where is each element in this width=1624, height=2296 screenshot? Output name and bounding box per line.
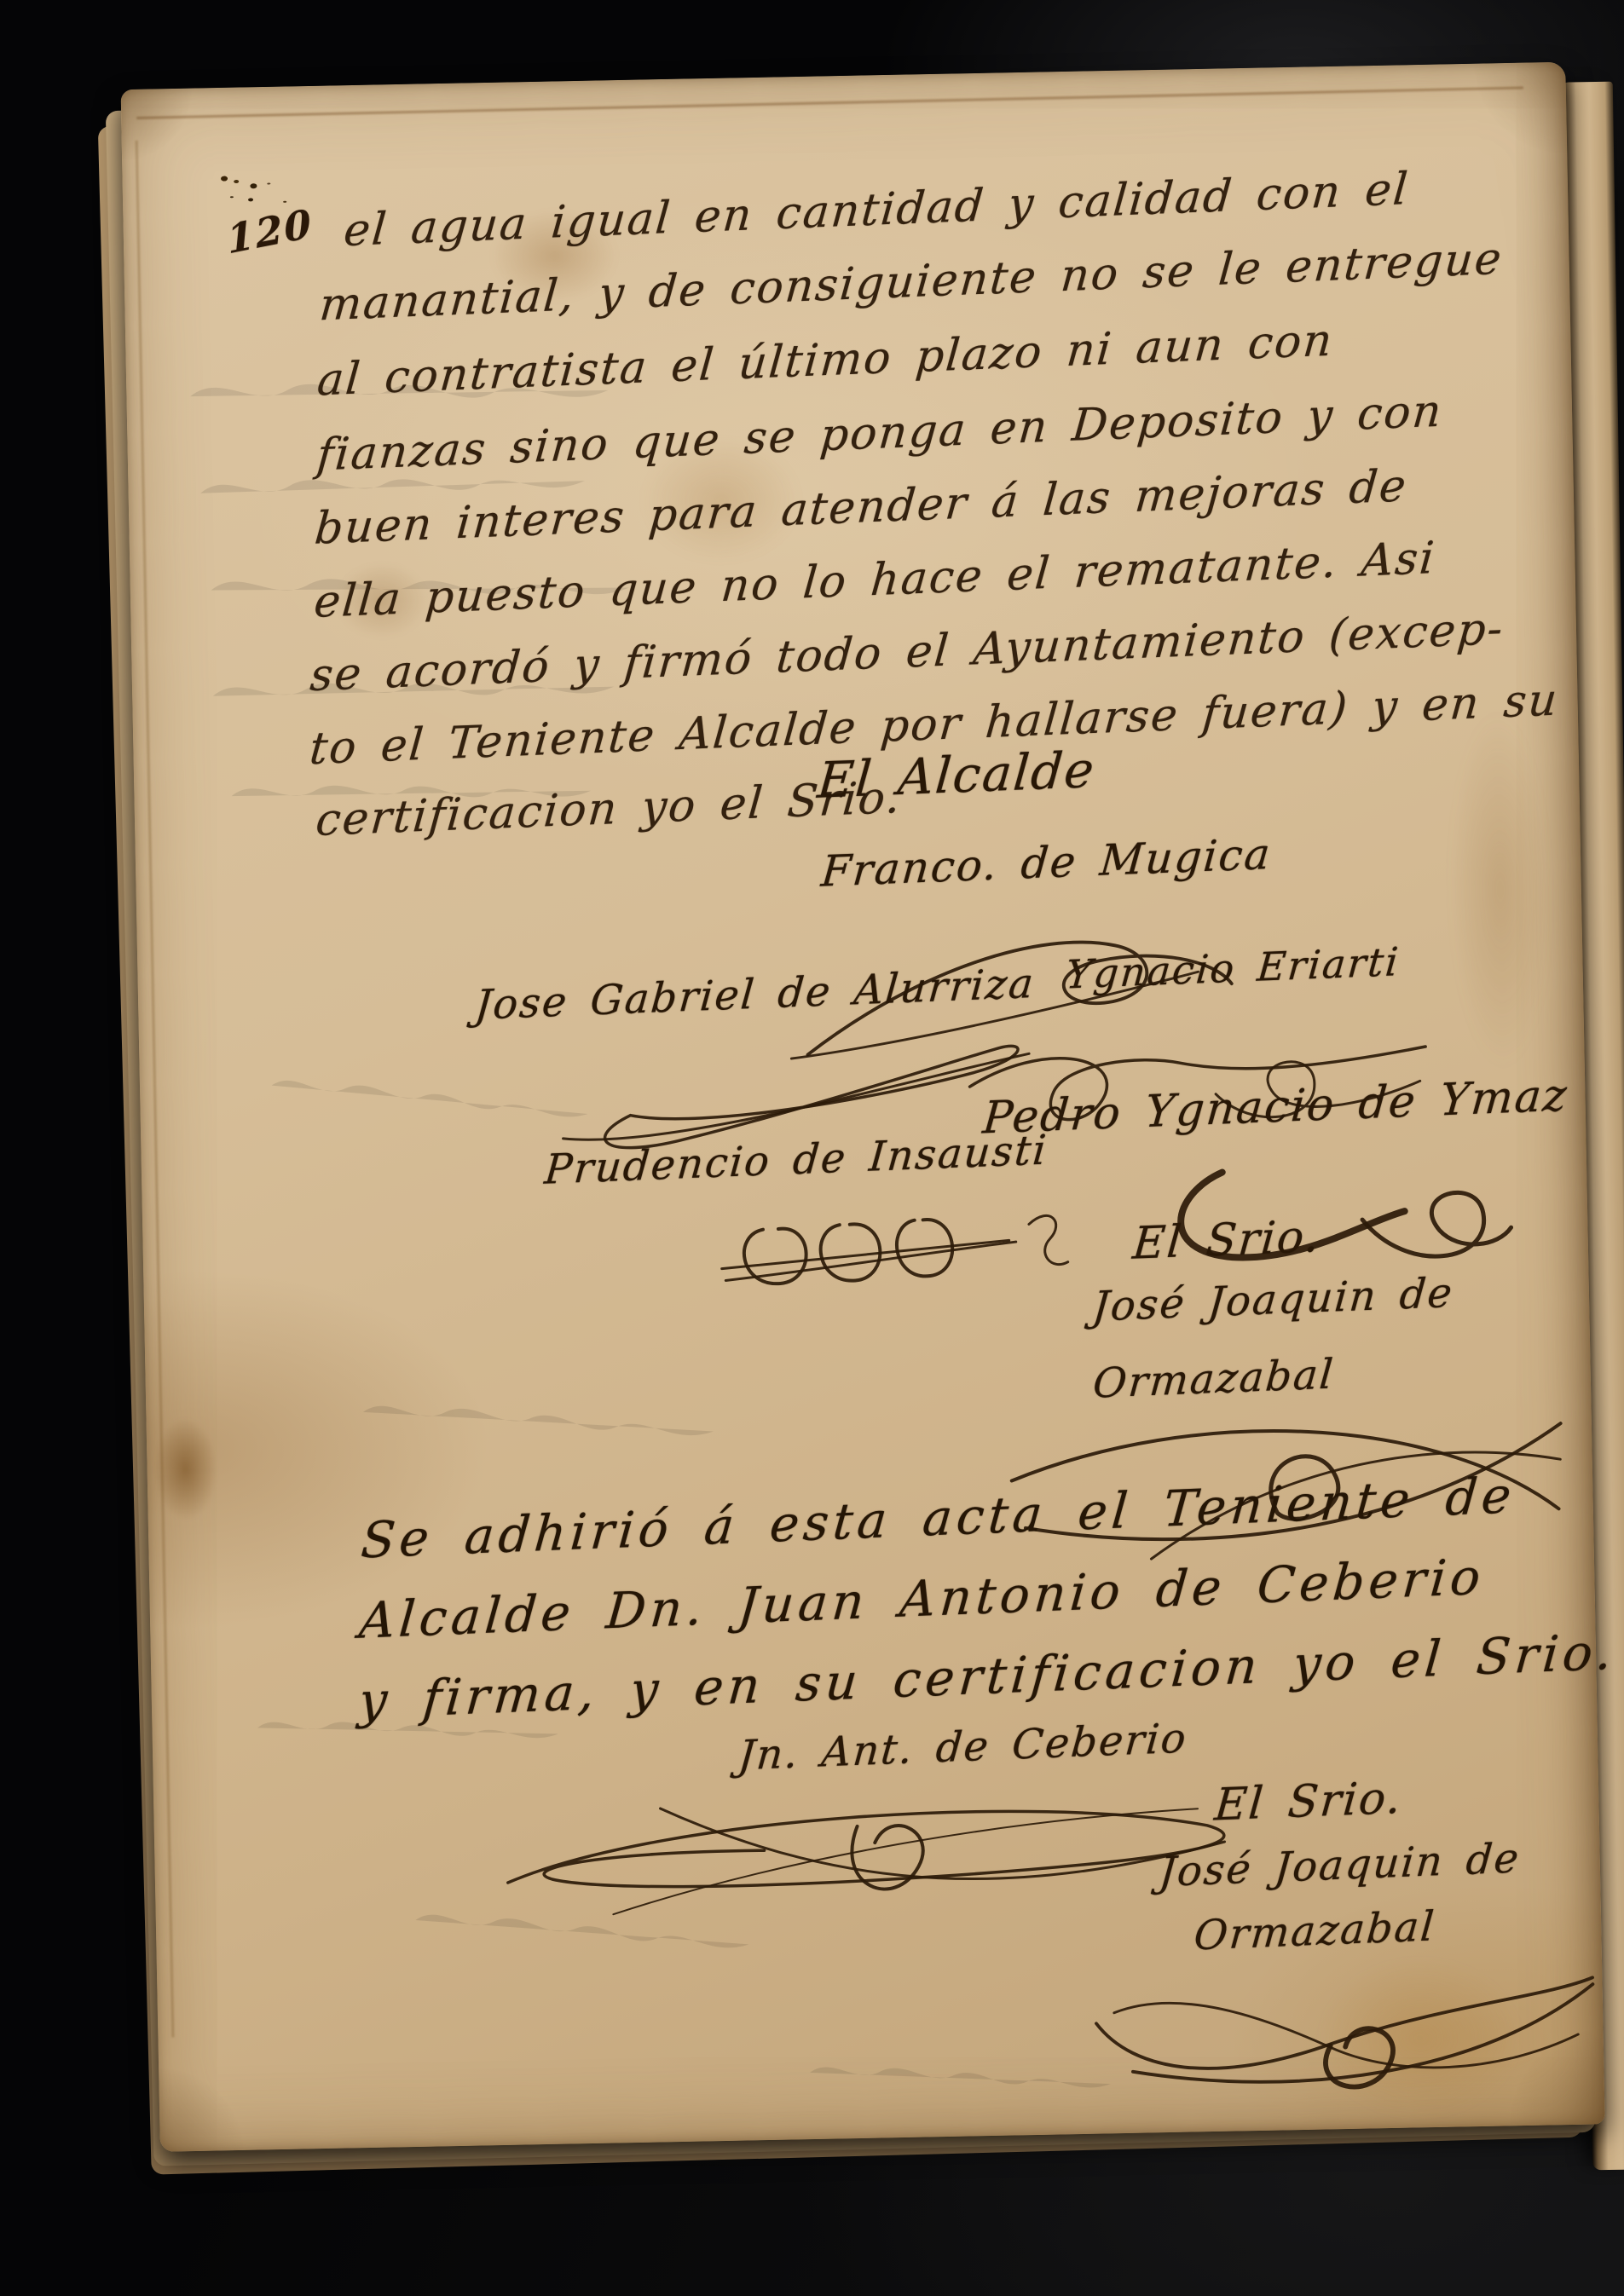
secretary-title: El Srio. xyxy=(1212,1773,1404,1832)
rubric-insausti-flourish xyxy=(711,1188,1082,1313)
page-number: 120 xyxy=(225,200,315,263)
page-content: 120 el agua igual en cantidad y calidad … xyxy=(108,42,1624,2160)
rubric-ormazabal-flourish xyxy=(1072,1953,1622,2111)
heading-el-alcalde: El Alcalde xyxy=(815,741,1097,810)
background: 120 el agua igual en cantidad y calidad … xyxy=(0,0,1624,2296)
secretary-name-line: Ormazabal xyxy=(1091,1350,1336,1407)
secretary-name-line: Ormazabal xyxy=(1193,1902,1437,1959)
ink-specks xyxy=(221,176,228,181)
secretary-name-line: José Joaquin de xyxy=(1090,1269,1455,1331)
secretary-title: El Srio. xyxy=(1130,1211,1322,1270)
manuscript-page: 120 el agua igual en cantidad y calidad … xyxy=(121,62,1605,2152)
rubric-ceberio-flourish xyxy=(489,1760,1254,1947)
body-text-line: al contratista el último plazo ni aun co… xyxy=(315,315,1336,407)
signature-francisco-de-mugica: Franco. de Mugica xyxy=(819,829,1274,897)
